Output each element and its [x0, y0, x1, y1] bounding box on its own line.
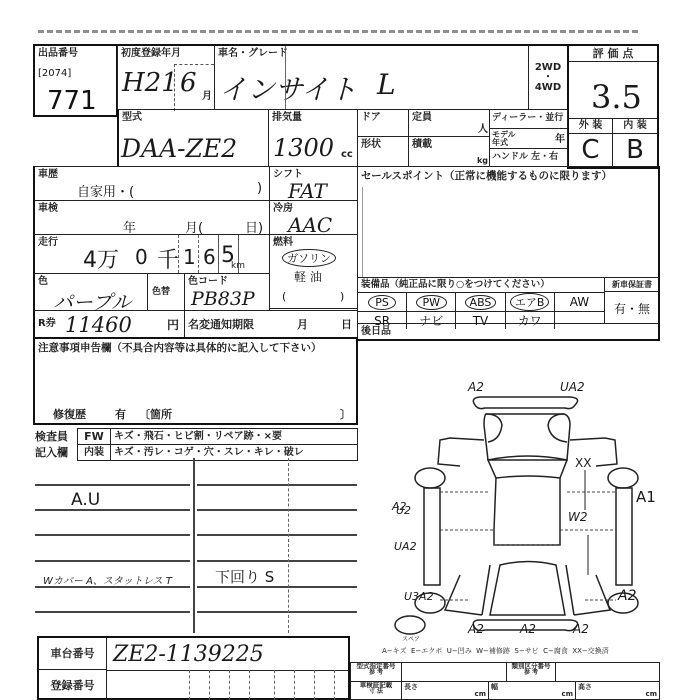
- registration-label: 初度登録年月: [121, 49, 181, 59]
- displacement-label: 排気量: [272, 113, 302, 123]
- equip-aw: AW: [555, 293, 604, 312]
- remark-underbody: 下回り S: [215, 566, 274, 587]
- drive-4wd: 4WD: [535, 83, 561, 93]
- remarks-area: A.U Wカバー A、スタットレス T 下回り S: [35, 462, 360, 632]
- damage-right-xx: XX: [575, 456, 591, 470]
- notes-label: 注意事項申告欄（不具合内容等は具体的に記入して下さい）: [38, 343, 322, 354]
- inspection-label: 車検: [38, 204, 58, 214]
- load-cell: 積載kg: [408, 136, 490, 167]
- height-label: 高さ: [578, 684, 592, 691]
- lot-number: 771: [47, 86, 97, 116]
- ac-cell: 冷房 AAC: [269, 200, 358, 235]
- score-box: 評 価 点 3.5 外 装 内 装 C B: [567, 44, 659, 169]
- reg-no-label: 登録番号: [39, 670, 107, 700]
- model-year-unit: 年: [555, 135, 565, 145]
- damage-rear-1: A2: [468, 622, 484, 636]
- load-unit: kg: [477, 157, 488, 165]
- recycle-unit: 円: [167, 319, 179, 331]
- model-cell: 型式 DAA-ZE2: [117, 109, 269, 167]
- damage-right-w2: W2: [568, 510, 588, 524]
- history-value: 自家用・(: [77, 181, 134, 200]
- fuel-cell: 燃料 ガソリン 軽 油 ( ): [269, 234, 358, 309]
- color-code-cell: 色コード PB83P: [184, 273, 270, 311]
- length-label: 長さ: [404, 684, 418, 691]
- model-label: 型式: [122, 113, 142, 123]
- equip-abs: ABS: [456, 293, 505, 312]
- handle-cell: ハンドル 左・右: [489, 148, 568, 167]
- repair-history-value: 有: [115, 409, 126, 420]
- lot-box: 出品番号 [2074] 771: [33, 44, 118, 117]
- lot-label: 出品番号: [38, 49, 78, 59]
- fw-items: キズ・飛石・ヒビ割・リペア跡・×要: [110, 428, 358, 445]
- shape-label: 形状: [361, 140, 381, 150]
- class-no-sub: 参 考: [507, 670, 555, 676]
- exterior-grade: C: [569, 134, 613, 166]
- shift-cell: シフト FAT: [269, 166, 358, 201]
- name-change-day: 日: [341, 319, 352, 330]
- shape-cell: 形状: [357, 136, 409, 167]
- length-unit: cm: [475, 691, 486, 698]
- repair-history-label: 修復歴: [53, 409, 86, 420]
- inspector-label-1: 検査員: [35, 431, 68, 442]
- equip-airbag: エアB: [506, 293, 555, 312]
- interior-grade: B: [613, 134, 657, 166]
- equip-pw: PW: [407, 293, 456, 312]
- type-cert-value: [401, 662, 507, 682]
- height-unit: cm: [646, 691, 657, 698]
- remark-wcover: Wカバー A、スタットレス T: [43, 572, 172, 587]
- capacity-label: 定員: [412, 113, 432, 123]
- damage-rear-2: A2: [520, 622, 536, 636]
- interior-label-box: 内装: [77, 444, 111, 461]
- length-cell: 長さcm: [401, 681, 489, 700]
- name-change-cell: 名変通知期限 月 日: [184, 310, 358, 338]
- fuel-diesel: 軽 油: [294, 268, 322, 285]
- handle-label: ハンドル 左・右: [492, 153, 558, 162]
- displacement-value: 1300: [273, 134, 334, 162]
- month-unit: 月: [202, 92, 212, 102]
- capacity-unit: 人: [478, 125, 488, 135]
- class-no-label-cell: 類別区分番号 参 考: [506, 662, 556, 682]
- width-cell: 幅cm: [488, 681, 576, 700]
- equip-airbag-label: エアB: [510, 293, 550, 311]
- faded-title: [38, 30, 638, 34]
- chassis-label: 車台番号: [39, 638, 107, 670]
- name-change-label: 名変通知期限: [188, 319, 254, 330]
- class-no-value: [555, 662, 660, 682]
- history-close: ): [257, 181, 262, 196]
- equip-pw-label: PW: [416, 295, 448, 310]
- color-code-label: 色コード: [188, 277, 228, 287]
- capacity-cell: 定員人: [408, 109, 490, 137]
- damage-legend: A−キズ E−エクボ U−凹み W−補修跡 S−サビ C−腐食 XX−交換済: [382, 648, 609, 655]
- registration-era-year: H21: [122, 68, 178, 98]
- mileage-zero: 0: [135, 245, 148, 269]
- displacement-cell: 排気量 1300 cc: [268, 109, 358, 167]
- score-value: 3.5: [591, 78, 642, 116]
- door-label: ドア: [361, 113, 381, 123]
- equipment-label: 装備品（純正品に限り○をつけてください）: [361, 280, 550, 290]
- inspector-label-2: 記入欄: [35, 447, 68, 458]
- fuel-paren-close: ): [340, 290, 344, 303]
- damage-front-right: UA2: [560, 380, 585, 394]
- mileage-sen: 千: [157, 243, 179, 274]
- color-tone-cell: 色替: [147, 273, 185, 311]
- dealer-label: ディーラー・並行: [492, 114, 563, 123]
- score-label: 評 価 点: [569, 46, 657, 62]
- car-name-label: 車名・グレード: [218, 49, 288, 59]
- notes-box: 注意事項申告欄（不具合内容等は具体的に記入して下さい） 修復歴 有 〔箇所 〕: [33, 337, 358, 425]
- color-label: 色: [38, 277, 48, 287]
- name-change-month: 月: [297, 319, 308, 330]
- drive-2wd: 2WD: [535, 63, 561, 73]
- fuel-label: 燃料: [273, 238, 293, 248]
- type-cert-sub: 参 考: [351, 670, 401, 676]
- height-cell: 高さcm: [575, 681, 660, 700]
- warranty-label: 新車保証書: [605, 278, 659, 292]
- sale-points-box: セールスポイント（正常に機能するものに限ります）: [357, 166, 660, 278]
- dealer-cell: ディーラー・並行: [489, 109, 568, 129]
- damage-left-2: U2: [396, 504, 411, 517]
- history-cell: 車歴 自家用・( ): [33, 166, 270, 201]
- car-name-cell: 車名・グレード インサイト L: [214, 44, 529, 110]
- color-cell: 色 パープル: [33, 273, 148, 311]
- warranty-box: 新車保証書 有・無: [604, 277, 660, 324]
- dimensions-label-cell: 車検証記載 寸 法: [350, 681, 402, 700]
- damage-right-a1: A1: [636, 488, 656, 506]
- color-tone-label: 色替: [152, 288, 170, 297]
- fuel-paren-open: (: [282, 290, 286, 303]
- chassis-box: 車台番号 ZE2-1139225 登録番号: [37, 636, 350, 700]
- recycle-label: R券: [38, 319, 56, 329]
- equipment-box: 装備品（純正品に限り○をつけてください） PS PW ABS エアB AW SR…: [357, 277, 605, 324]
- equip-abs-label: ABS: [465, 295, 497, 310]
- later-items-label: 後日品: [361, 327, 391, 337]
- recycle-cell: R券 11460 円: [33, 310, 185, 338]
- fuel-gasoline: ガソリン: [282, 249, 336, 267]
- remark-au: A.U: [71, 490, 100, 510]
- interior-items: キズ・汚レ・コゲ・穴・スレ・キレ・破レ: [110, 444, 358, 461]
- model-year-cell: モデル年式年: [489, 128, 568, 149]
- damage-right-a2: A2: [618, 588, 636, 604]
- mileage-unit: km: [231, 262, 245, 271]
- recycle-value: 11460: [65, 313, 132, 337]
- mileage-label: 走行: [38, 238, 58, 248]
- spare-label: スペア: [402, 634, 420, 643]
- chassis-number: ZE2-1139225: [113, 642, 264, 667]
- width-label: 幅: [491, 684, 498, 691]
- equip-ps-label: PS: [368, 295, 396, 310]
- car-name: インサイト: [219, 68, 357, 108]
- repair-place-label: 〔箇所: [139, 409, 172, 420]
- dimensions-sub: 寸 法: [351, 689, 401, 695]
- sale-points-label: セールスポイント（正常に機能するものに限ります）: [361, 171, 612, 182]
- car-grade: L: [377, 68, 396, 101]
- mileage-cell: 走行 4万 0 千 1 6 5 km: [33, 234, 270, 274]
- load-label: 積載: [412, 140, 432, 150]
- model-value: DAA-ZE2: [121, 134, 237, 163]
- inspection-cell: 車検 年 月( 日): [33, 200, 270, 235]
- damage-left-3: UA2: [394, 540, 417, 553]
- drive-dot: ・: [543, 73, 553, 83]
- mileage-d2: 6: [203, 245, 216, 269]
- damage-front-left: A2: [468, 380, 484, 394]
- door-cell: ドア: [357, 109, 409, 137]
- warranty-value: 有・無: [605, 294, 659, 322]
- equip-ps: PS: [358, 293, 407, 312]
- type-cert-label-cell: 型式指定番号 参 考: [350, 662, 402, 682]
- damage-rear-3: A2: [573, 622, 589, 636]
- displacement-unit: cc: [341, 150, 353, 160]
- model-year-label: モデル年式: [492, 131, 520, 147]
- drive-cell: 2WD ・ 4WD: [528, 44, 568, 110]
- car-diagram: A2 UA2 A2 U2 UA2 U3A2 XX W2 A1 A2 A2 A2 …: [360, 370, 700, 635]
- width-unit: cm: [562, 691, 573, 698]
- inspector-section: 検査員 記入欄 FW 内装 キズ・飛石・ヒビ割・リペア跡・×要 キズ・汚レ・コゲ…: [33, 428, 358, 462]
- fw-label: FW: [77, 428, 111, 445]
- color-code: PB83P: [191, 288, 255, 310]
- mileage-d1: 1: [183, 245, 196, 269]
- exterior-label: 外 装: [569, 118, 613, 134]
- registration-cell: 初度登録年月 H21 6 月: [117, 44, 215, 110]
- registration-month: 6: [180, 68, 197, 98]
- lot-sub: [2074]: [38, 68, 71, 79]
- history-label: 車歴: [38, 170, 58, 180]
- mileage-man: 4万: [83, 243, 119, 274]
- repair-place-close: 〕: [340, 409, 351, 420]
- damage-left-4: U3A2: [404, 590, 434, 603]
- later-items-box: 後日品: [357, 323, 660, 341]
- interior-label: 内 装: [613, 118, 657, 134]
